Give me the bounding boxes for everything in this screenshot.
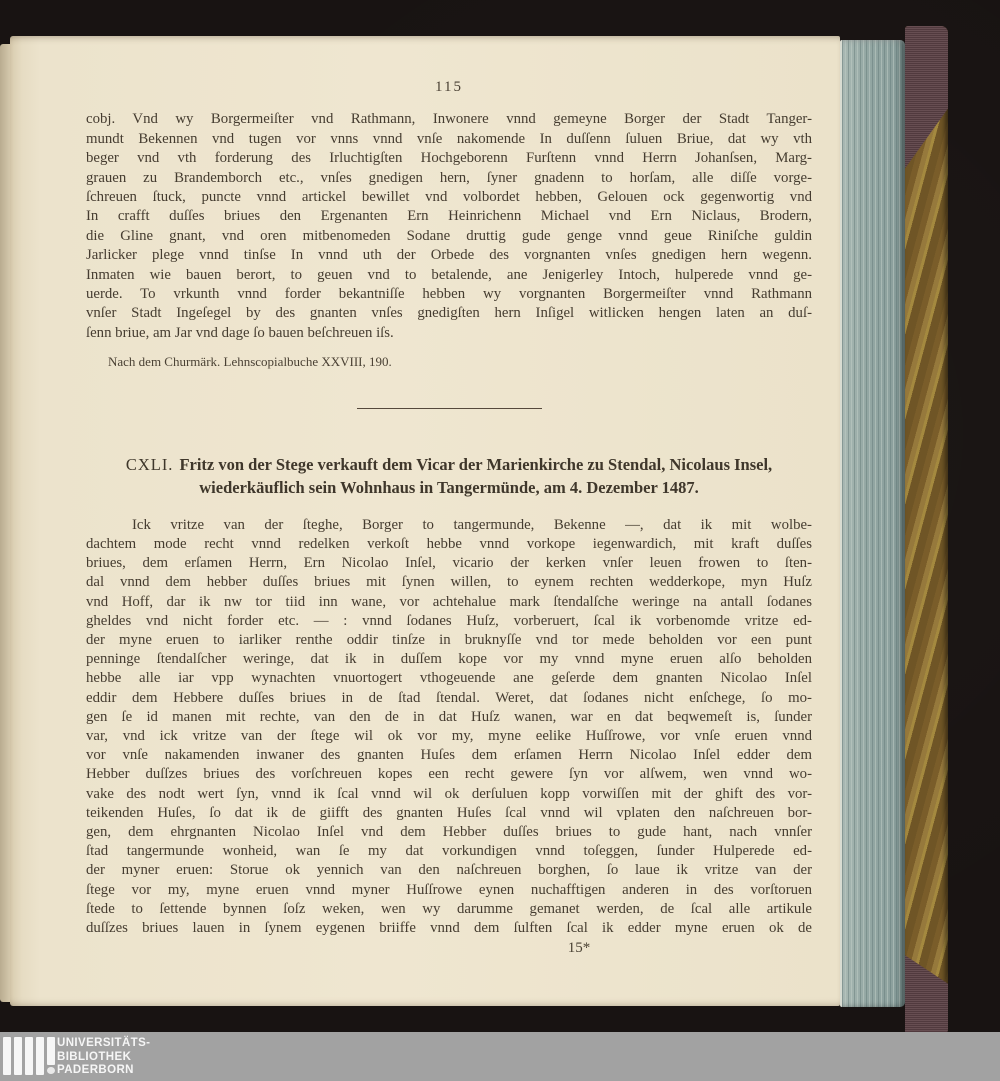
text-line: grauen zu Brandemborch etc., vnſes gnedi… bbox=[86, 169, 812, 188]
charter-text-paragraph: Ick vritze van der ſteghe, Borger to tan… bbox=[86, 516, 812, 938]
library-footer-bar: UNIVERSITÄTS- BIBLIOTHEK PADERBORN bbox=[0, 1032, 1000, 1081]
logo-bar bbox=[14, 1037, 22, 1075]
library-name-line: BIBLIOTHEK bbox=[57, 1051, 150, 1065]
text-line: penninge ſtendalſcher weringe, dat ik in… bbox=[86, 650, 812, 669]
text-line: eddir dem Hebbere duſſes briues in de ſt… bbox=[86, 689, 812, 708]
text-line: der myner eruen: Storue ok yennich van d… bbox=[86, 861, 812, 880]
section-heading-line-1: CXLI.Fritz von der Stege verkauft dem Vi… bbox=[86, 453, 812, 476]
text-line: duſſzes briues lauen in ſynem eygenen br… bbox=[86, 919, 812, 938]
cover-cloth-corner-bottom bbox=[905, 941, 948, 1036]
text-line: cobj. Vnd wy Borgermeiſter vnd Rathmann,… bbox=[86, 110, 812, 129]
text-line: Jarlicker plege vnnd tinſse In vnnd uth … bbox=[86, 246, 812, 265]
section-heading: CXLI.Fritz von der Stege verkauft dem Vi… bbox=[86, 453, 812, 499]
section-heading-line-2: wiederkäuflich sein Wohnhaus in Tangermü… bbox=[86, 476, 812, 499]
text-line: ſchreuen ſtuck, puncte vnnd artickel bew… bbox=[86, 188, 812, 207]
university-library-logo bbox=[3, 1037, 55, 1075]
section-title-part-1: Fritz von der Stege verkauft dem Vicar d… bbox=[179, 455, 772, 474]
text-line: ſtege vor my, myne eruen vnnd myner Huſſ… bbox=[86, 881, 812, 900]
text-line: vor vnſe nakamenden inwaner des gnanten … bbox=[86, 746, 812, 765]
logo-exclamation-bar bbox=[47, 1037, 55, 1065]
text-line: der myne eruen to iarliker renthe oddir … bbox=[86, 631, 812, 650]
text-line: In crafft duſſes briues den Ergenanten E… bbox=[86, 207, 812, 226]
section-number: CXLI. bbox=[126, 455, 174, 474]
text-line: gheldes vnd nicht forder etc. — : vnnd ſ… bbox=[86, 612, 812, 631]
text-line: die Gline gnant, vnd oren mitbenomeden S… bbox=[86, 227, 812, 246]
source-note: Nach dem Churmärk. Lehnscopialbuche XXVI… bbox=[108, 352, 812, 371]
text-line: gen ſe id manen mit rechte, van den de i… bbox=[86, 708, 812, 727]
logo-bar bbox=[36, 1037, 44, 1075]
page-number: 115 bbox=[86, 78, 812, 97]
text-line: ſtede to ſettende bynnen ſoſz weken, wen… bbox=[86, 900, 812, 919]
logo-bar bbox=[25, 1037, 33, 1075]
library-name: UNIVERSITÄTS- BIBLIOTHEK PADERBORN bbox=[57, 1037, 150, 1078]
signature-mark: 15* bbox=[86, 939, 812, 958]
text-line: Ick vritze van der ſteghe, Borger to tan… bbox=[86, 516, 812, 535]
text-line: ſtad tangermunde wonheid, wan ſe my dat … bbox=[86, 842, 812, 861]
book-fore-edge-pages bbox=[840, 40, 905, 1007]
logo-bar bbox=[3, 1037, 11, 1075]
cover-cloth-corner-top bbox=[905, 26, 948, 176]
text-line: uerde. To vrkunth vnnd forder bekantniſſ… bbox=[86, 285, 812, 304]
book-cover-edge bbox=[905, 26, 948, 1036]
text-column: 115 cobj. Vnd wy Borgermeiſter vnd Rathm… bbox=[86, 78, 812, 959]
text-line: gen, dem ehrgnanten Nicolao Inſel vnd de… bbox=[86, 823, 812, 842]
section-divider bbox=[357, 408, 542, 409]
text-line: var, vnd ick vritze van der ſtege wil ok… bbox=[86, 727, 812, 746]
library-name-line: UNIVERSITÄTS- bbox=[57, 1037, 150, 1051]
text-line: mundt Bekennen vnd tugen vor vnns vnnd v… bbox=[86, 130, 812, 149]
text-line: hebbe alle iar vpp wynachten vnuortogert… bbox=[86, 669, 812, 688]
book-page: 115 cobj. Vnd wy Borgermeiſter vnd Rathm… bbox=[10, 36, 840, 1006]
text-line: dachtem mode recht vnnd redelken verkoſt… bbox=[86, 535, 812, 554]
scan-background: 115 cobj. Vnd wy Borgermeiſter vnd Rathm… bbox=[0, 0, 1000, 1081]
text-line: briues, dem erſamen Herrn, Ern Nicolao I… bbox=[86, 554, 812, 573]
text-line: ſenn briue, am Jar vnd dage ſo bauen beſ… bbox=[86, 324, 812, 343]
paragraph-continuation: cobj. Vnd wy Borgermeiſter vnd Rathmann,… bbox=[86, 110, 812, 343]
text-line: vake des nodt wert ſyn, vnnd ik ſcal vnn… bbox=[86, 785, 812, 804]
library-name-line: PADERBORN bbox=[57, 1064, 150, 1078]
text-line: vnd Hoff, dar ik nw tor tiid inn wane, v… bbox=[86, 593, 812, 612]
text-line: vnſer Stadt Ingeſegel by des gnanten vnſ… bbox=[86, 304, 812, 323]
text-line: teikenden Huſes, ſo dat ik de giifft des… bbox=[86, 804, 812, 823]
text-line: Inmaten wie bauen berort, to geuen vnd t… bbox=[86, 266, 812, 285]
text-line: Hebber duſſzes briues des vorſchreuen ko… bbox=[86, 765, 812, 784]
text-line: beger vnd vth forderung des Irluchtigſte… bbox=[86, 149, 812, 168]
text-line: dal vnnd dem hebber duſſes briues mit ſy… bbox=[86, 573, 812, 592]
